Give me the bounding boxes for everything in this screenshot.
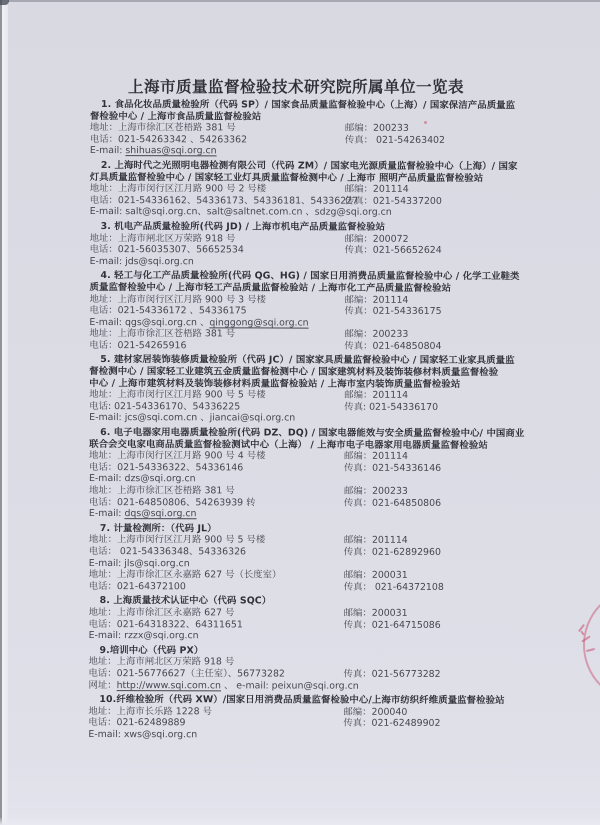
info-row-left: 电话：021-64318322、64311651: [89, 619, 243, 631]
info-row-left: E-mail: shihuas@sqi.org.cn: [90, 145, 217, 157]
seal-character-mark: [578, 624, 585, 632]
text-segment: E-mail: xws@sqi.org.cn: [88, 729, 197, 740]
info-row-right: 传真: 021-54336170: [344, 402, 438, 414]
info-row-left: 地址：上海市徐汇区苍梧路 381 号: [89, 485, 235, 497]
scan-edge-left-highlight: [2, 0, 8, 825]
info-row-left: E-mail: salt@sqi.org.cn、salt@saltnet.com…: [90, 206, 392, 218]
scan-edge-top: [0, 0, 600, 2]
text-segment: E-mail:: [90, 145, 126, 156]
info-row-right: 传真： 021-64372108: [344, 581, 444, 593]
unit-header-line: 督检测中心 / 国家轻工业建筑五金质量监督检测中心 / 国家建筑材料及装饰装修材…: [89, 366, 531, 379]
info-row-left: 电话：021-54263342 、54263362: [90, 134, 247, 146]
info-row-left: 地址：上海市闸北区万荣路 918 号: [89, 656, 235, 668]
info-row-right: 邮编：200233: [345, 123, 409, 135]
seal-character-mark: [580, 630, 585, 635]
seal-circle-arc: [583, 587, 600, 703]
text-segment: 地址：上海市长乐路 1228 号: [88, 706, 212, 717]
info-row-right: 传真：021-64715086: [344, 619, 441, 631]
text-segment: 电话：021-54336172 、54336175: [89, 305, 246, 316]
text-segment: 地址：上海市闸北区万荣路 918 号: [89, 656, 235, 667]
scan-edge-bottom: [0, 817, 600, 825]
text-segment: 地址：上海市闸北区万荣路 918 号: [90, 233, 236, 244]
text-segment: 电话：021-64372100: [89, 581, 186, 592]
info-row-left: 电话：021-54336162、54336173、54336181、543362…: [90, 195, 358, 207]
info-row-left: 电话：021-64372100: [89, 581, 186, 593]
info-row-left: 地址：上海市徐汇区永嘉路 627 号: [89, 607, 235, 619]
info-row-left: 地址：上海市徐汇区苍梧路 381 号: [90, 122, 236, 134]
unit-section: 4. 轻工与化工产品质量检验所(代码 QG、HG) / 国家日用消费品质量监督检…: [89, 270, 531, 352]
unit-section: 9.培训中心（代码 PX）地址：上海市闸北区万荣路 918 号电话：021-56…: [88, 645, 530, 693]
info-row-left: 地址：上海市闵行区江月路 900 号 3 号楼: [89, 293, 265, 305]
info-row-right: 邮编：201114: [345, 184, 409, 196]
info-row-left: 电话：021-64850806、54263939 转: [89, 497, 256, 509]
info-row-left: E-mail: jcs@sqi.com.cn 、jiancai@sqi.org.…: [89, 412, 295, 424]
text-segment: 地址：上海市徐汇区永嘉路 627 号（长度室）: [89, 569, 282, 581]
underlined-link-text: http://www.sqi.com.cn: [117, 680, 221, 691]
text-segment: 地址：上海市闵行区江月路 900 号 5 号楼: [89, 389, 265, 400]
info-row-right: 邮编：201114: [344, 535, 408, 547]
text-segment: 电话：021-56035307、56652534: [90, 244, 244, 255]
text-segment: E-mail: salt@sqi.org.cn、salt@saltnet.com…: [90, 206, 392, 218]
info-row-left: 地址：上海市闵行区江月路 900 号 5 号楼: [89, 534, 265, 546]
text-segment: 电话: 021-54336170、54336225: [89, 401, 240, 412]
info-row-right: 传真：021-62892960: [344, 547, 441, 559]
info-row-left: 网址：http://www.sqi.com.cn 、 e-mail: peixu…: [88, 679, 358, 691]
text-segment: 电话：021-64850806、54263939 转: [89, 497, 256, 508]
text-segment: 电话：021-56776627（主任室）、56773282: [88, 668, 284, 680]
info-row-left: E-mail: rzzx@sqi.org.cn: [89, 630, 199, 642]
text-segment: 电话： 021-54336348、54336326: [89, 546, 246, 557]
info-row-right: 邮编：200072: [345, 233, 409, 245]
info-row: E-mail: shihuas@sqi.org.cn: [90, 145, 532, 158]
info-row-right: 传真：021-62489902: [343, 718, 440, 730]
text-segment: 地址：上海市闵行区江月路 900 号 3 号楼: [89, 293, 265, 304]
info-row-right: 邮编：201114: [344, 294, 408, 306]
text-segment: E-mail:: [89, 508, 125, 519]
info-row-right: 传真：021-56652624: [345, 245, 442, 257]
text-segment: 地址：上海市徐汇区苍梧路 381 号: [89, 328, 235, 339]
info-row-right: 邮编：200031: [344, 570, 408, 582]
unit-section: 2. 上海时代之光照明电器检测有限公司（代码 ZM）/ 国家电光源质量监督检验中…: [90, 160, 532, 219]
underlined-link-text: qinggong@sqi.org.cn: [209, 317, 308, 328]
info-row: E-mail: jcs@sqi.com.cn 、jiancai@sqi.org.…: [89, 412, 531, 425]
info-row-left: E-mail: dqs@sqi.org.cn: [89, 508, 197, 520]
info-row-right: 邮编：200233: [344, 486, 408, 498]
info-row: 电话：021-54265916传真：021-64850804: [89, 340, 531, 353]
info-row-right: 邮编：200040: [343, 706, 407, 718]
text-segment: 电话：021-54336322、54336146: [89, 462, 243, 473]
seal-character-mark: [581, 635, 590, 642]
text-segment: 地址：上海市闵行区江月路 900 号 5 号楼: [89, 534, 265, 545]
unit-header-line: 1. 食品化妆品质量检验所（代码 SP）/ 国家食品质量监督检验中心（上海）/ …: [90, 99, 532, 112]
info-row-right: 传真：021-54337200: [345, 195, 442, 207]
units-list: 1. 食品化妆品质量检验所（代码 SP）/ 国家食品质量监督检验中心（上海）/ …: [88, 99, 532, 745]
info-row-left: 电话：021-54336322、54336146: [89, 462, 243, 474]
text-segment: 地址：上海市徐汇区苍梧路 381 号: [90, 122, 236, 133]
info-row-right: 传真： 021-54263402: [345, 134, 445, 146]
text-segment: E-mail: rzzx@sqi.org.cn: [89, 630, 199, 641]
info-row: E-mail: salt@sqi.org.cn、salt@saltnet.com…: [90, 206, 532, 219]
info-row-right: 传真：021-54336146: [344, 462, 441, 474]
info-row-right: 邮编：201114: [344, 390, 408, 402]
unit-header-line: 2. 上海时代之光照明电器检测有限公司（代码 ZM）/ 国家电光源质量监督检验中…: [90, 160, 532, 173]
unit-section: 6. 电子电器家用电器质量检验所(代码 DZ、DQ) / 国家电器能效与安全质量…: [89, 427, 531, 521]
text-segment: 电话：021-62489889: [88, 717, 185, 728]
text-segment: 地址：上海市徐汇区永嘉路 627 号: [89, 607, 235, 618]
info-row: E-mail: rzzx@sqi.org.cn: [89, 630, 531, 643]
info-row-left: 地址：上海市徐汇区苍梧路 381 号: [89, 328, 235, 340]
underlined-link-text: dqs@sqi.org.cn: [124, 508, 196, 519]
info-row-right: 传真：021-56773282: [343, 669, 440, 681]
info-row: 网址：http://www.sqi.com.cn 、 e-mail: peixu…: [88, 679, 530, 692]
text-segment: 电话：021-54336162、54336173、54336181、543362…: [90, 195, 358, 207]
text-segment: 网址：: [88, 679, 116, 690]
text-segment: E-mail: qgs@sqi.org.cn 、: [89, 317, 209, 328]
info-row-left: E-mail: xws@sqi.org.cn: [88, 729, 197, 741]
text-segment: 、 e-mail: peixun@sqi.org.cn: [221, 680, 359, 691]
info-row-left: E-mail: dzs@sqi.org.cn: [89, 473, 196, 485]
text-segment: 地址：上海市闵行区江月路 900 号 2 号楼: [90, 183, 266, 194]
unit-section: 10.纤维检验所（代码 XW）/国家日用消费品质量监督检验中心/上海市纺织纤维质…: [88, 694, 530, 742]
info-row-right: 传真：021-64850806: [344, 497, 441, 509]
seal-character-mark: [586, 648, 595, 652]
info-row: E-mail: xws@sqi.org.cn: [88, 729, 530, 742]
underlined-link-text: shihuas@sqi.org.cn: [125, 145, 216, 156]
text-segment: 电话：021-54265916: [89, 340, 186, 351]
info-row-right: 邮编：200031: [344, 608, 408, 620]
info-row: E-mail: dqs@sqi.org.cn: [89, 508, 531, 521]
info-row: E-mail: jds@sqi.org.cn: [90, 256, 532, 269]
info-row-left: E-mail: jds@sqi.org.cn: [90, 256, 194, 268]
info-row-left: 电话: 021-54336170、54336225: [89, 401, 240, 413]
text-segment: E-mail: jls@sqi.org.cn: [89, 558, 190, 569]
info-row-left: 地址：上海市闸北区万荣路 918 号: [90, 233, 236, 245]
text-segment: 电话：021-64318322、64311651: [89, 619, 243, 630]
info-row-left: 电话： 021-54336348、54336326: [89, 546, 246, 558]
red-ink-speck: [424, 121, 427, 124]
text-segment: E-mail: jcs@sqi.com.cn 、jiancai@sqi.org.…: [89, 412, 295, 424]
info-row-left: 地址：上海市闵行区江月路 900 号 2 号楼: [90, 183, 266, 195]
info-row-left: 电话：021-54265916: [89, 340, 186, 352]
info-row-left: 电话：021-56035307、56652534: [90, 244, 244, 256]
text-segment: 电话：021-54263342 、54263362: [90, 134, 247, 145]
unit-section: 8. 上海质量技术认证中心（代码 SQC）地址：上海市徐汇区永嘉路 627 号邮…: [89, 595, 531, 643]
text-segment: E-mail: jds@sqi.org.cn: [90, 256, 194, 267]
document-title: 上海市质量监督检验技术研究院所属单位一览表: [0, 75, 592, 97]
info-row-left: 地址：上海市徐汇区永嘉路 627 号（长度室）: [89, 569, 282, 581]
unit-header-line: 4. 轻工与化工产品质量检验所(代码 QG、HG) / 国家日用消费品质量监督检…: [90, 270, 532, 283]
info-row-right: 邮编：201114: [344, 451, 408, 463]
unit-header-line: 6. 电子电器家用电器质量检验所(代码 DZ、DQ) / 国家电器能效与安全质量…: [89, 427, 531, 440]
info-row-left: 电话：021-62489889: [88, 717, 185, 729]
info-row-left: 地址：上海市闵行区江月路 900 号 5 号楼: [89, 389, 265, 401]
text-segment: 地址：上海市徐汇区苍梧路 381 号: [89, 485, 235, 496]
info-row-left: 电话：021-56776627（主任室）、56773282: [88, 668, 284, 680]
info-row-left: E-mail: jls@sqi.org.cn: [89, 558, 190, 570]
info-row-left: E-mail: qgs@sqi.org.cn 、qinggong@sqi.org…: [89, 317, 308, 329]
info-row-left: 地址：上海市长乐路 1228 号: [88, 706, 212, 718]
unit-section: 7. 计量检测所：（代码 JL）地址：上海市闵行区江月路 900 号 5 号楼邮…: [89, 523, 531, 594]
text-segment: E-mail: dzs@sqi.org.cn: [89, 473, 196, 484]
info-row-right: 邮编：200233: [344, 329, 408, 341]
info-row-left: 电话：021-54336172 、54336175: [89, 305, 246, 317]
info-row-right: 传真：021-64850804: [344, 341, 441, 353]
unit-section: 1. 食品化妆品质量检验所（代码 SP）/ 国家食品质量监督检验中心（上海）/ …: [90, 99, 532, 158]
info-row-right: 传真：021-54336175: [344, 306, 441, 318]
text-segment: 地址：上海市闵行区江月路 900 号 4 号楼: [89, 450, 265, 461]
scanned-document-page: 上海市质量监督检验技术研究院所属单位一览表 1. 食品化妆品质量检验所（代码 S…: [0, 0, 600, 825]
unit-section: 3. 机电产品质量检验所(代码 JD) / 上海市机电产品质量监督检验站地址：上…: [90, 221, 532, 269]
info-row-left: 地址：上海市闵行区江月路 900 号 4 号楼: [89, 450, 265, 462]
info-row: 电话：021-64372100传真： 021-64372108: [89, 581, 531, 594]
unit-section: 5. 建材家居装饰装修质量检验所（代码 JC）/ 国家家具质量监督检验中心 / …: [89, 354, 531, 425]
